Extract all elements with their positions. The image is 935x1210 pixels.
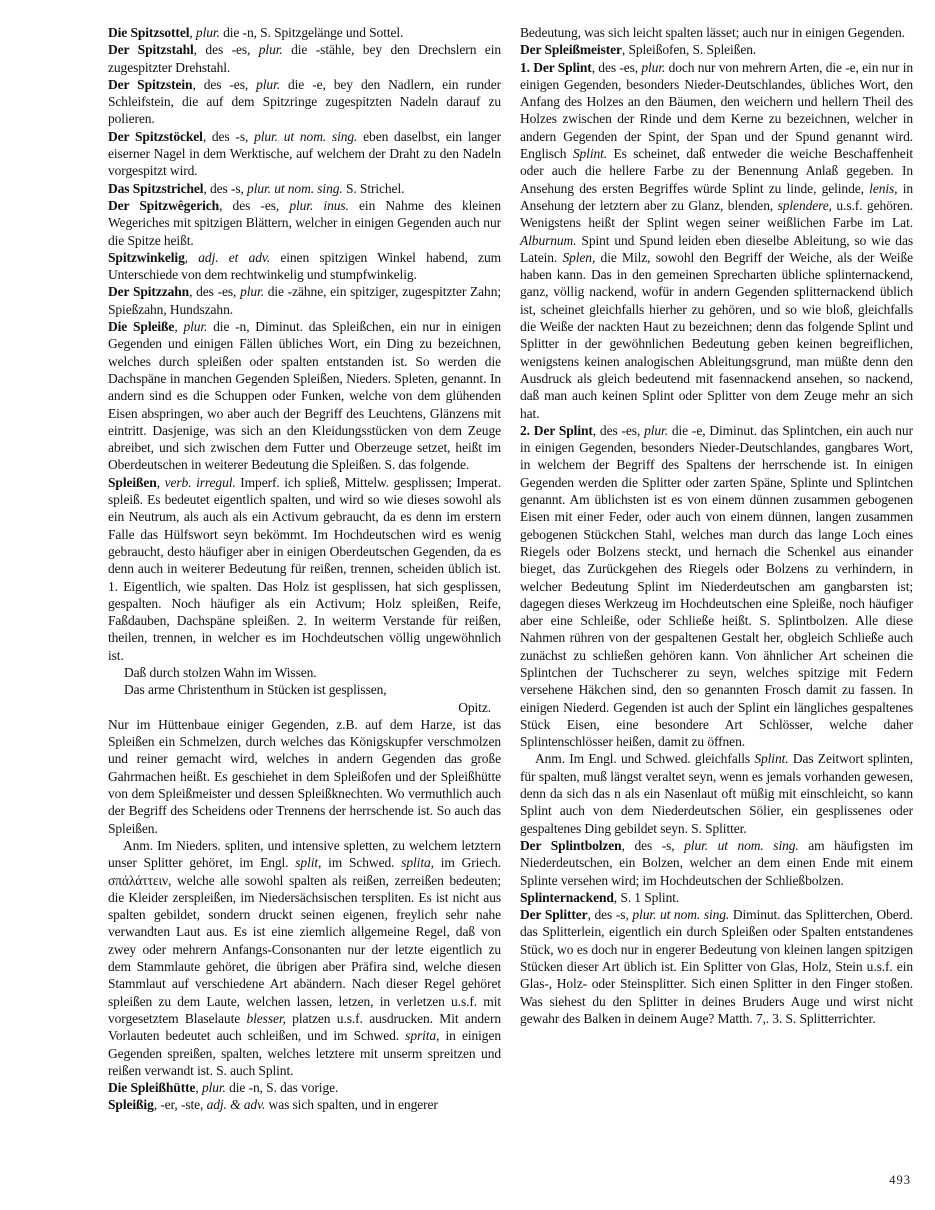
verse-attribution: Opitz. [108, 699, 501, 716]
text-segment: , des -es, [192, 77, 256, 92]
entry-spleissen: Spleißen, verb. irregul. Imperf. ich spl… [108, 474, 501, 664]
text-segment: adj. & adv. [207, 1097, 266, 1112]
text-segment: blesser, [246, 1011, 285, 1026]
entry-spitzzahn: Der Spitzzahn, des -es, plur. die -zähne… [108, 283, 501, 318]
text-segment: plur. ut nom. sing. [684, 838, 799, 853]
entry-spitzsottel: Die Spitzsottel, plur. die -n, S. Spitzg… [108, 24, 501, 41]
text-segment: plur. [196, 25, 220, 40]
entry-splint-1: 1. Der Splint, des -es, plur. doch nur v… [520, 59, 913, 422]
headword: Der Spleißmeister [520, 42, 622, 57]
dictionary-page: Die Spitzsottel, plur. die -n, S. Spitzg… [0, 0, 935, 1210]
text-segment: die -n, S. das vorige. [226, 1080, 338, 1095]
headword: Der Spitzstöckel [108, 129, 203, 144]
headword: Splinternackend [520, 890, 614, 905]
headword: Die Spitzsottel [108, 25, 189, 40]
verse-line: Daß durch stolzen Wahn im Wissen. [108, 664, 501, 681]
headword: Spitzwinkelig [108, 250, 185, 265]
entry-spleissig-continuation: Bedeutung, was sich leicht spalten lässe… [520, 24, 913, 41]
text-segment: , des -s, [588, 907, 633, 922]
headword: Der Spitzstein [108, 77, 192, 92]
headword: 2. Der Splint [520, 423, 593, 438]
entry-spleisshuette: Die Spleißhütte, plur. die -n, S. das vo… [108, 1079, 501, 1096]
headword: Das Spitzstrichel [108, 181, 203, 196]
entry-spleissen-continuation: Nur im Hüttenbaue einiger Gegenden, z.B.… [108, 716, 501, 837]
text-segment: , des -es, [219, 198, 289, 213]
text-segment: Splen, [562, 250, 595, 265]
headword: 1. Der Splint [520, 60, 592, 75]
text-segment: split, [295, 855, 321, 870]
text-segment: Daß durch stolzen Wahn im Wissen. [124, 665, 317, 680]
text-segment: splendere, [778, 198, 832, 213]
text-segment: , S. 1 Splint. [614, 890, 679, 905]
headword: Der Spitzstahl [108, 42, 194, 57]
text-segment: Anm. Im Engl. und Schwed. gleichfalls [535, 751, 754, 766]
text-segment: die -n, Diminut. das Spleißchen, ein nur… [108, 319, 501, 472]
entry-spitzstein: Der Spitzstein, des -es, plur. die -e, b… [108, 76, 501, 128]
text-segment: plur. ut nom. sing. [247, 181, 343, 196]
text-segment: , des -es, [593, 423, 644, 438]
text-segment: im Schwed. [321, 855, 401, 870]
text-segment: plur. ut nom. sing. [254, 129, 357, 144]
headword: Der Spitzzahn [108, 284, 189, 299]
text-segment: im Griech. σπάλάττειν, welche alle sowoh… [108, 855, 501, 1026]
text-segment: plur. [202, 1080, 226, 1095]
text-segment: S. Strichel. [343, 181, 405, 196]
text-segment: plur. [240, 284, 264, 299]
headword: Der Splintbolzen [520, 838, 622, 853]
text-segment: plur. [644, 423, 668, 438]
text-segment: plur. [641, 60, 665, 75]
right-column: Bedeutung, was sich leicht spalten lässe… [520, 24, 913, 1114]
text-segment: plur. inus. [289, 198, 348, 213]
entry-spleissmeister: Der Spleißmeister, Spleißofen, S. Spleiß… [520, 41, 913, 58]
entry-splintbolzen: Der Splintbolzen, des -s, plur. ut nom. … [520, 837, 913, 889]
text-segment: sprita, [405, 1028, 439, 1043]
text-segment: , des -s, [622, 838, 685, 853]
headword: Die Spleiße [108, 319, 174, 334]
text-segment: die Milz, sowohl den Begriff der Weiche,… [520, 250, 913, 421]
entry-spleisse: Die Spleiße, plur. die -n, Diminut. das … [108, 318, 501, 474]
anm-spleissen: Anm. Im Nieders. spliten, und intensive … [108, 837, 501, 1079]
text-segment: lenis, [869, 181, 897, 196]
text-segment: splita, [401, 855, 434, 870]
headword: Der Splitter [520, 907, 588, 922]
text-segment: plur. [259, 42, 283, 57]
text-segment: , des -es, [189, 284, 240, 299]
text-segment: Diminut. das Splitterchen, Oberd. das Sp… [520, 907, 913, 1026]
entry-spitzstahl: Der Spitzstahl, des -es, plur. die -stäh… [108, 41, 501, 76]
text-segment: plur. [256, 77, 280, 92]
verse-line: Das arme Christenthum in Stücken ist ges… [108, 681, 501, 698]
headword: Spleißig [108, 1097, 154, 1112]
text-segment: Opitz. [458, 700, 491, 715]
headword: Die Spleißhütte [108, 1080, 195, 1095]
entry-spitzstoeckel: Der Spitzstöckel, des -s, plur. ut nom. … [108, 128, 501, 180]
text-segment: Splint. [754, 751, 788, 766]
text-segment: plur. ut nom. sing. [632, 907, 729, 922]
text-segment: , des -s, [203, 181, 247, 196]
text-segment: , -er, -ste, [154, 1097, 207, 1112]
entry-spitzwegerich: Der Spitzwêgerich, des -es, plur. inus. … [108, 197, 501, 249]
entry-spitzstrichel: Das Spitzstrichel, des -s, plur. ut nom.… [108, 180, 501, 197]
text-segment: , des -s, [203, 129, 254, 144]
text-segment: , [185, 250, 199, 265]
entry-splinternackend: Splinternackend, S. 1 Splint. [520, 889, 913, 906]
page-number: 493 [889, 1173, 911, 1188]
text-segment: Das arme Christenthum in Stücken ist ges… [124, 682, 387, 697]
text-segment: , [157, 475, 165, 490]
left-column: Die Spitzsottel, plur. die -n, S. Spitzg… [108, 24, 501, 1114]
text-segment: Imperf. ich spließ, Mittelw. gesplissen;… [108, 475, 501, 663]
text-segment: verb. irregul. [165, 475, 236, 490]
text-segment: die -n, S. Spitzgelänge und Sottel. [220, 25, 404, 40]
text-columns: Die Spitzsottel, plur. die -n, S. Spitzg… [108, 24, 913, 1114]
text-segment: die -e, Diminut. das Splintchen, ein auc… [520, 423, 913, 749]
entry-spleissig: Spleißig, -er, -ste, adj. & adv. was sic… [108, 1096, 501, 1113]
text-segment: , des -es, [592, 60, 642, 75]
text-segment: plur. [183, 319, 207, 334]
headword: Der Spitzwêgerich [108, 198, 219, 213]
entry-splitter: Der Splitter, des -s, plur. ut nom. sing… [520, 906, 913, 1027]
text-segment: adj. et adv. [198, 250, 270, 265]
text-segment: Alburnum. [520, 233, 576, 248]
text-segment: , Spleißofen, S. Spleißen. [622, 42, 756, 57]
entry-splint-2: 2. Der Splint, des -es, plur. die -e, Di… [520, 422, 913, 751]
text-segment: was sich spalten, und in engerer [265, 1097, 438, 1112]
text-segment: Splint. [573, 146, 607, 161]
headword: Spleißen [108, 475, 157, 490]
text-segment: , des -es, [194, 42, 259, 57]
text-segment: Nur im Hüttenbaue einiger Gegenden, z.B.… [108, 717, 501, 836]
entry-spitzwinkelig: Spitzwinkelig, adj. et adv. einen spitzi… [108, 249, 501, 284]
anm-splint: Anm. Im Engl. und Schwed. gleichfalls Sp… [520, 750, 913, 836]
text-segment: Bedeutung, was sich leicht spalten lässe… [520, 25, 905, 40]
